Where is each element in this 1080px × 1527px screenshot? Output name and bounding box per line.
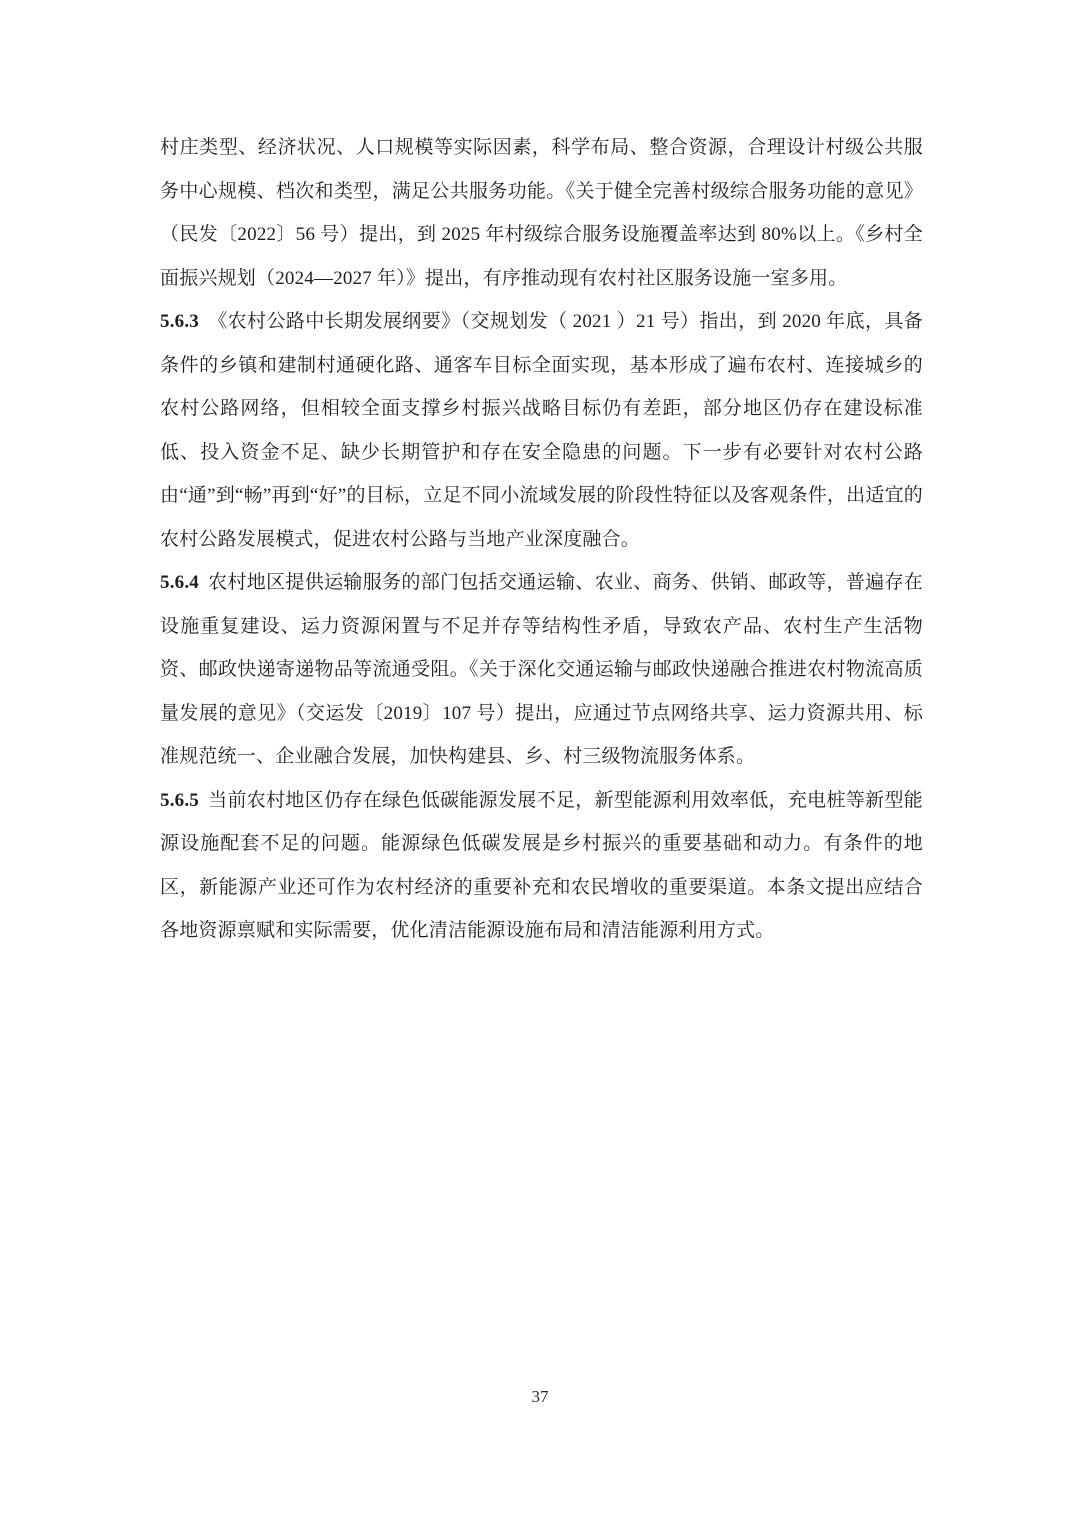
paragraph-text: 农村地区提供运输服务的部门包括交通运输、农业、商务、供销、邮政等，普遍存在设施重… bbox=[160, 572, 923, 767]
document-page: 村庄类型、经济状况、人口规模等实际因素，科学布局、整合资源，合理设计村级公共服务… bbox=[0, 0, 1080, 1527]
paragraph-5-6-3: 5.6.3《农村公路中长期发展纲要》（交规划发（ 2021 ）21 号）指出，到… bbox=[160, 300, 923, 561]
page-number: 37 bbox=[0, 1386, 1080, 1408]
paragraph-5-6-4: 5.6.4农村地区提供运输服务的部门包括交通运输、农业、商务、供销、邮政等，普遍… bbox=[160, 561, 923, 779]
paragraph-text: 村庄类型、经济状况、人口规模等实际因素，科学布局、整合资源，合理设计村级公共服务… bbox=[160, 137, 923, 289]
document-body: 村庄类型、经济状况、人口规模等实际因素，科学布局、整合资源，合理设计村级公共服务… bbox=[160, 126, 923, 953]
clause-number: 5.6.4 bbox=[160, 572, 199, 593]
paragraph-text: 《农村公路中长期发展纲要》（交规划发（ 2021 ）21 号）指出，到 2020… bbox=[160, 311, 923, 550]
clause-number: 5.6.3 bbox=[160, 311, 199, 332]
paragraph-continuation: 村庄类型、经济状况、人口规模等实际因素，科学布局、整合资源，合理设计村级公共服务… bbox=[160, 126, 923, 300]
paragraph-5-6-5: 5.6.5当前农村地区仍存在绿色低碳能源发展不足，新型能源利用效率低，充电桩等新… bbox=[160, 779, 923, 953]
clause-number: 5.6.5 bbox=[160, 790, 199, 811]
paragraph-text: 当前农村地区仍存在绿色低碳能源发展不足，新型能源利用效率低，充电桩等新型能源设施… bbox=[160, 790, 923, 942]
